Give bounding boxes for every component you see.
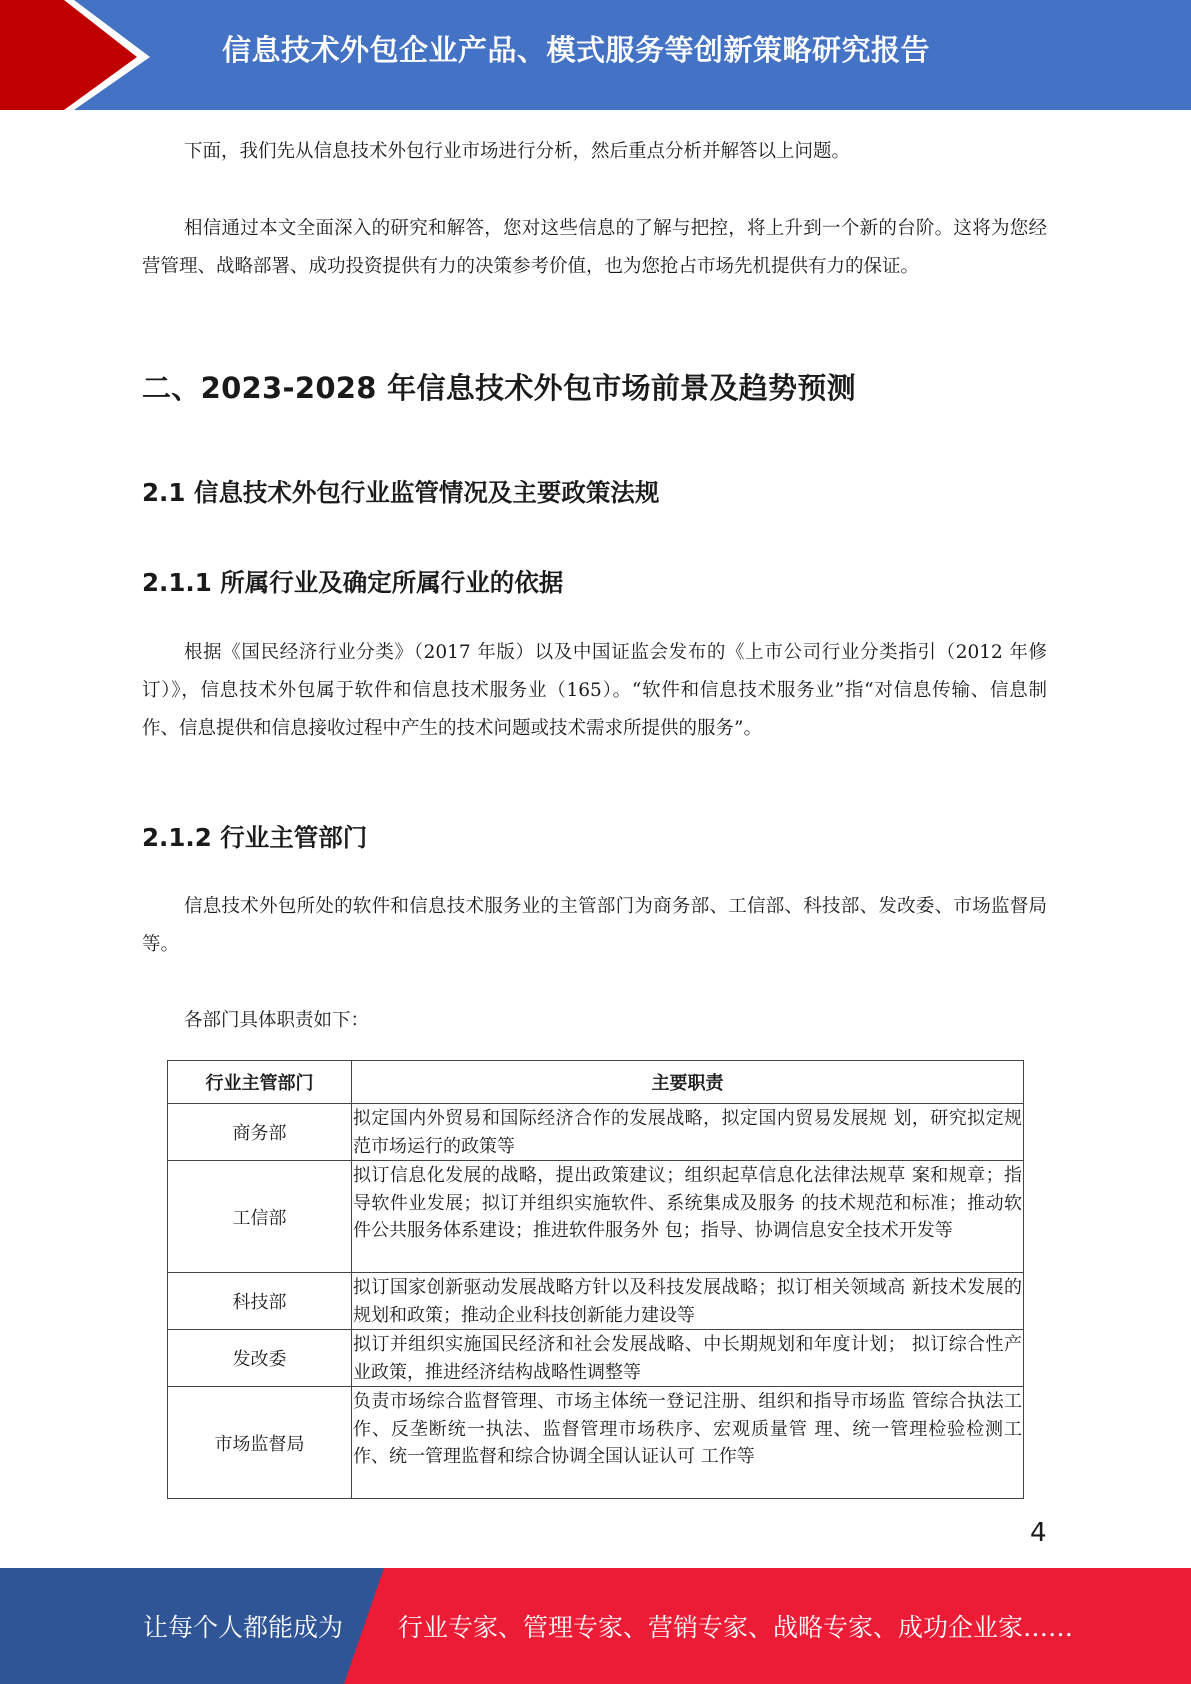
table-row: 科技部 拟订国家创新驱动发展战略方针以及科技发展战略；拟订相关领域高 新技术发展… xyxy=(168,1273,1024,1330)
subsection-heading-2-1-2: 2.1.2 行业主管部门 xyxy=(142,819,367,854)
department-cell: 发改委 xyxy=(168,1330,352,1387)
table-row: 商务部 拟定国内外贸易和国际经济合作的发展战略，拟定国内贸易发展规 划，研究拟定… xyxy=(168,1104,1024,1161)
duty-cell: 拟订信息化发展的战略，提出政策建议；组织起草信息化法律法规草 案和规章；指导软件… xyxy=(352,1161,1024,1273)
page-number: 4 xyxy=(1030,1518,1047,1548)
section-heading-2: 二、2023-2028 年信息技术外包市场前景及趋势预测 xyxy=(142,366,856,407)
department-cell: 工信部 xyxy=(168,1161,352,1273)
industry-classification-paragraph: 根据《国民经济行业分类》（2017 年版）以及中国证监会发布的《上市公司行业分类… xyxy=(142,634,1047,748)
report-title: 信息技术外包企业产品、模式服务等创新策略研究报告 xyxy=(222,28,930,72)
subsection-heading-2-1: 2.1 信息技术外包行业监管情况及主要政策法规 xyxy=(142,474,659,509)
department-cell: 商务部 xyxy=(168,1104,352,1161)
intro-paragraph-2: 相信通过本文全面深入的研究和解答，您对这些信息的了解与把控，将上升到一个新的台阶… xyxy=(142,210,1047,286)
header-banner: 信息技术外包企业产品、模式服务等创新策略研究报告 xyxy=(0,0,1191,110)
intro-paragraph-1: 下面，我们先从信息技术外包行业市场进行分析，然后重点分析并解答以上问题。 xyxy=(142,133,1047,171)
table-row: 发改委 拟订并组织实施国民经济和社会发展战略、中长期规划和年度计划； 拟订综合性… xyxy=(168,1330,1024,1387)
column-header-duties: 主要职责 xyxy=(352,1061,1024,1104)
footer-slogan-left: 让每个人都能成为 xyxy=(143,1608,343,1644)
authority-duties-table: 行业主管部门 主要职责 商务部 拟定国内外贸易和国际经济合作的发展战略，拟定国内… xyxy=(167,1060,1024,1499)
table-row: 市场监督局 负责市场综合监督管理、市场主体统一登记注册、组织和指导市场监 管综合… xyxy=(168,1387,1024,1499)
table-intro-text: 各部门具体职责如下： xyxy=(142,1002,1047,1040)
table-row: 工信部 拟订信息化发展的战略，提出政策建议；组织起草信息化法律法规草 案和规章；… xyxy=(168,1161,1024,1273)
footer-slogan-right: 行业专家、管理专家、营销专家、战略专家、成功企业家…… xyxy=(398,1608,1073,1644)
duty-cell: 负责市场综合监督管理、市场主体统一登记注册、组织和指导市场监 管综合执法工作、反… xyxy=(352,1387,1024,1499)
column-header-department: 行业主管部门 xyxy=(168,1061,352,1104)
duty-cell: 拟订并组织实施国民经济和社会发展战略、中长期规划和年度计划； 拟订综合性产业政策… xyxy=(352,1330,1024,1387)
duty-cell: 拟定国内外贸易和国际经济合作的发展战略，拟定国内贸易发展规 划，研究拟定规范市场… xyxy=(352,1104,1024,1161)
footer-banner: 让每个人都能成为 行业专家、管理专家、营销专家、战略专家、成功企业家…… xyxy=(0,1568,1191,1684)
duty-cell: 拟订国家创新驱动发展战略方针以及科技发展战略；拟订相关领域高 新技术发展的规划和… xyxy=(352,1273,1024,1330)
department-cell: 科技部 xyxy=(168,1273,352,1330)
subsection-heading-2-1-1: 2.1.1 所属行业及确定所属行业的依据 xyxy=(142,564,563,599)
department-cell: 市场监督局 xyxy=(168,1387,352,1499)
table-header-row: 行业主管部门 主要职责 xyxy=(168,1061,1024,1104)
authorities-paragraph: 信息技术外包所处的软件和信息技术服务业的主管部门为商务部、工信部、科技部、发改委… xyxy=(142,888,1047,964)
